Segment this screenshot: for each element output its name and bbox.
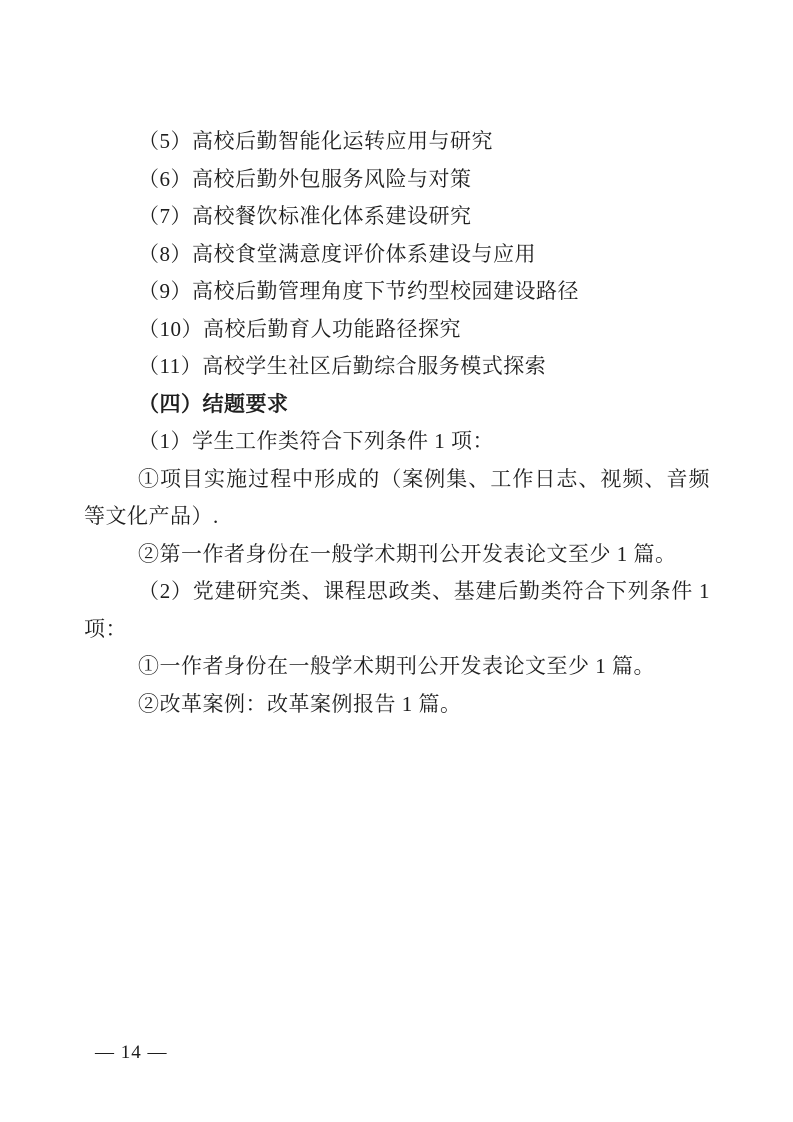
page-number: — 14 —	[95, 1039, 168, 1067]
section-heading: （四）结题要求	[84, 386, 710, 424]
text-line: （10）高校后勤育人功能路径探究	[84, 311, 710, 349]
text-line: ②改革案例：改革案例报告 1 篇。	[84, 686, 710, 724]
text-line: （9）高校后勤管理角度下节约型校园建设路径	[84, 273, 710, 311]
text-line: （8）高校食堂满意度评价体系建设与应用	[84, 236, 710, 274]
text-line: ①一作者身份在一般学术期刊公开发表论文至少 1 篇。	[84, 648, 710, 686]
text-line: （2）党建研究类、课程思政类、基建后勤类符合下列条件 1	[84, 573, 710, 611]
text-line: （6）高校后勤外包服务风险与对策	[84, 161, 710, 199]
text-line: ②第一作者身份在一般学术期刊公开发表论文至少 1 篇。	[84, 536, 710, 574]
document-body: （5）高校后勤智能化运转应用与研究（6）高校后勤外包服务风险与对策（7）高校餐饮…	[84, 123, 710, 723]
document-page: （5）高校后勤智能化运转应用与研究（6）高校后勤外包服务风险与对策（7）高校餐饮…	[0, 0, 793, 1122]
text-line: （7）高校餐饮标准化体系建设研究	[84, 198, 710, 236]
text-line: 等文化产品）.	[84, 498, 710, 536]
text-line: 项：	[84, 611, 710, 649]
text-line: （11）高校学生社区后勤综合服务模式探索	[84, 348, 710, 386]
text-line: （1）学生工作类符合下列条件 1 项：	[84, 423, 710, 461]
text-line: ①项目实施过程中形成的（案例集、工作日志、视频、音频	[84, 461, 710, 499]
text-line: （5）高校后勤智能化运转应用与研究	[84, 123, 710, 161]
